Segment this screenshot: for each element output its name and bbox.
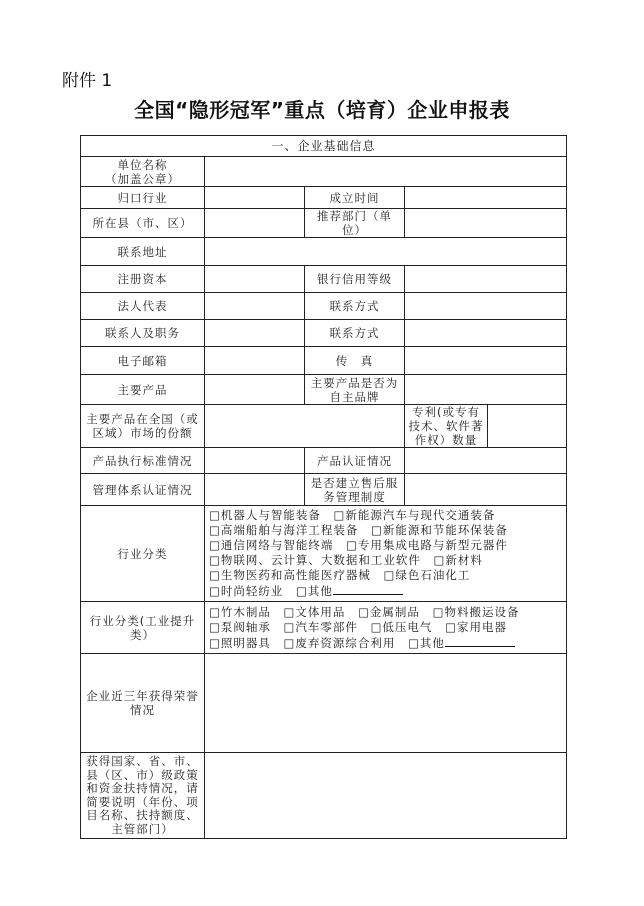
label-industry-class: 行业分类 bbox=[81, 506, 205, 602]
label-policy-support: 获得国家、省、市、县（区、市）级政策和资金扶持情况，请简要说明（年份、项目名称、… bbox=[81, 753, 205, 839]
label-product-cert: 产品认证情况 bbox=[305, 448, 405, 474]
upgrade-other-blank-line[interactable] bbox=[445, 635, 515, 647]
label-contact-person: 联系人及职务 bbox=[81, 320, 205, 347]
label-recommend-dept: 推荐部门（单位） bbox=[305, 209, 405, 238]
label-legal-rep: 法人代表 bbox=[81, 293, 205, 320]
input-company-name[interactable] bbox=[205, 157, 567, 187]
checkbox-other[interactable]: □其他 bbox=[296, 584, 403, 598]
label-registered-capital: 注册资本 bbox=[81, 266, 205, 293]
label-own-brand: 主要产品是否为自主品牌 bbox=[305, 375, 405, 405]
attachment-label: 附件 1 bbox=[62, 66, 112, 91]
checkbox-communication[interactable]: □通信网络与智能终端 bbox=[209, 538, 333, 552]
checkbox-upgrade-other[interactable]: □其他 bbox=[408, 636, 515, 650]
input-registered-capital[interactable] bbox=[205, 266, 305, 293]
checkbox-home-appliances[interactable]: □家用电器 bbox=[445, 620, 507, 634]
input-contact-method-1[interactable] bbox=[405, 293, 567, 320]
input-fax[interactable] bbox=[405, 347, 567, 375]
input-established-time[interactable] bbox=[405, 187, 567, 209]
label-company-name: 单位名称 （加盖公章） bbox=[81, 157, 205, 187]
input-recommend-dept[interactable] bbox=[405, 209, 567, 238]
label-main-products: 主要产品 bbox=[81, 375, 205, 405]
other-blank-line[interactable] bbox=[333, 583, 403, 595]
checkbox-robotics[interactable]: □机器人与智能装备 bbox=[209, 508, 321, 522]
label-honors: 企业近三年获得荣誉情况 bbox=[81, 654, 205, 753]
checkbox-stationery-sports[interactable]: □文体用品 bbox=[284, 605, 346, 619]
input-after-sales[interactable] bbox=[405, 474, 567, 506]
label-fax: 传 真 bbox=[305, 347, 405, 375]
input-product-cert[interactable] bbox=[405, 448, 567, 474]
checkbox-pump-valve[interactable]: □泵阀轴承 bbox=[209, 620, 271, 634]
checkbox-textile[interactable]: □时尚轻纺业 bbox=[209, 584, 283, 598]
checkbox-new-materials[interactable]: □新材料 bbox=[434, 553, 483, 567]
input-own-brand[interactable] bbox=[405, 375, 567, 405]
checkbox-biomedicine[interactable]: □生物医药和高性能医疗器械 bbox=[209, 568, 371, 582]
label-industry-belong: 归口行业 bbox=[81, 187, 205, 209]
section-title: 一、企业基础信息 bbox=[81, 136, 567, 157]
label-established-time: 成立时间 bbox=[305, 187, 405, 209]
label-contact-method-1: 联系方式 bbox=[305, 293, 405, 320]
input-market-share[interactable] bbox=[205, 405, 405, 448]
input-contact-person[interactable] bbox=[205, 320, 305, 347]
checkbox-bamboo-wood[interactable]: □竹木制品 bbox=[209, 605, 271, 619]
label-patents: 专利(或专有技术、软件著作权）数量 bbox=[405, 405, 488, 448]
input-address[interactable] bbox=[205, 238, 567, 266]
checkbox-auto-parts[interactable]: □汽车零部件 bbox=[284, 620, 358, 634]
checkbox-upgrade-other-label: □其他 bbox=[408, 636, 445, 650]
label-contact-method-2: 联系方式 bbox=[305, 320, 405, 347]
label-industry-class-upgrade: 行业分类(工业提升类） bbox=[81, 602, 205, 654]
checkbox-ic[interactable]: □专用集成电路与新型元器件 bbox=[346, 538, 508, 552]
label-after-sales: 是否建立售后服务管理制度 bbox=[305, 474, 405, 506]
label-email: 电子邮箱 bbox=[81, 347, 205, 375]
label-product-standard: 产品执行标准情况 bbox=[81, 448, 205, 474]
input-contact-method-2[interactable] bbox=[405, 320, 567, 347]
input-email[interactable] bbox=[205, 347, 305, 375]
input-main-products[interactable] bbox=[205, 375, 305, 405]
checkbox-iot-cloud[interactable]: □物联网、云计算、大数据和工业软件 bbox=[209, 553, 421, 567]
industry-upgrade-options: □竹木制品 □文体用品 □金属制品 □物料搬运设备 □泵阀轴承 □汽车零部件 □… bbox=[205, 602, 567, 654]
checkbox-lighting[interactable]: □照明器具 bbox=[209, 636, 271, 650]
label-mgmt-cert: 管理体系认证情况 bbox=[81, 474, 205, 506]
checkbox-metal-products[interactable]: □金属制品 bbox=[358, 605, 420, 619]
checkbox-material-handling[interactable]: □物料搬运设备 bbox=[433, 605, 520, 619]
input-honors[interactable] bbox=[205, 654, 567, 753]
checkbox-petrochemical[interactable]: □绿色石油化工 bbox=[384, 568, 471, 582]
label-bank-credit: 银行信用等级 bbox=[305, 266, 405, 293]
checkbox-new-energy-vehicle[interactable]: □新能源汽车与现代交通装备 bbox=[334, 508, 496, 522]
input-industry-belong[interactable] bbox=[205, 187, 305, 209]
checkbox-energy-saving[interactable]: □新能源和节能环保装备 bbox=[371, 523, 508, 537]
label-county: 所在县（市、区） bbox=[81, 209, 205, 238]
input-legal-rep[interactable] bbox=[205, 293, 305, 320]
application-form-table: 一、企业基础信息 单位名称 （加盖公章） 归口行业 成立时间 所在县（市、区） … bbox=[80, 135, 567, 839]
industry-class-options: □机器人与智能装备 □新能源汽车与现代交通装备 □高端船舶与海洋工程装备 □新能… bbox=[205, 506, 567, 602]
input-patents[interactable] bbox=[488, 405, 567, 448]
checkbox-waste-recycling[interactable]: □废弃资源综合利用 bbox=[284, 636, 396, 650]
input-policy-support[interactable] bbox=[205, 753, 567, 839]
input-bank-credit[interactable] bbox=[405, 266, 567, 293]
label-market-share: 主要产品在全国（或区域）市场的份额 bbox=[81, 405, 205, 448]
input-mgmt-cert[interactable] bbox=[205, 474, 305, 506]
checkbox-marine-engineering[interactable]: □高端船舶与海洋工程装备 bbox=[209, 523, 358, 537]
label-address: 联系地址 bbox=[81, 238, 205, 266]
checkbox-other-label: □其他 bbox=[296, 584, 333, 598]
checkbox-low-voltage[interactable]: □低压电气 bbox=[371, 620, 433, 634]
input-product-standard[interactable] bbox=[205, 448, 305, 474]
page-title: 全国“隐形冠军”重点（培育）企业申报表 bbox=[0, 94, 644, 123]
input-county[interactable] bbox=[205, 209, 305, 238]
